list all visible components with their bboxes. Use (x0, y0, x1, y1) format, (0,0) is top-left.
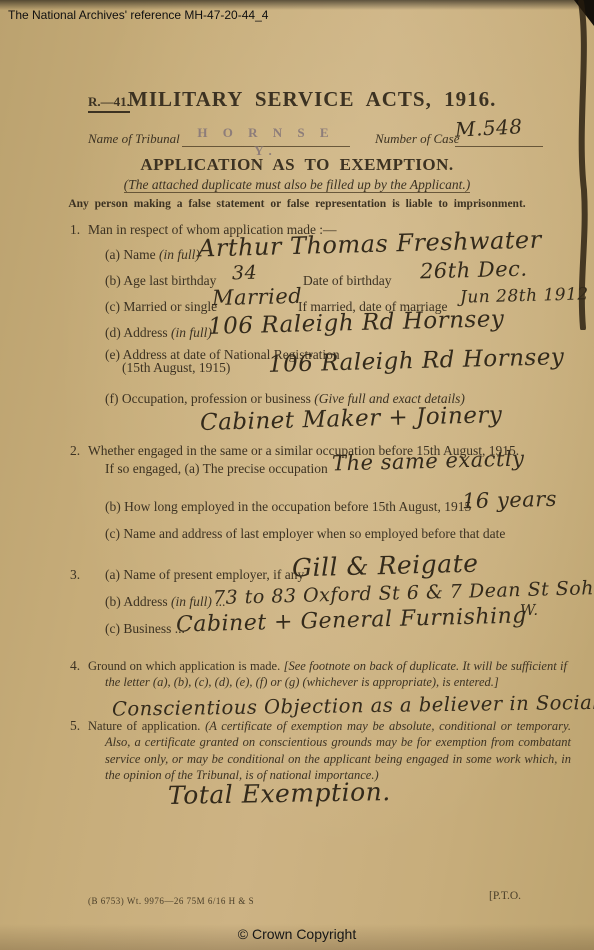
field-last-employer-label: (c) Name and address of last employer wh… (105, 526, 505, 542)
field-precise-occupation-label: If so engaged, (a) The precise occupatio… (105, 461, 328, 477)
crown-copyright: © Crown Copyright (0, 926, 594, 942)
birthday-handwritten: 26th Dec. (420, 257, 528, 284)
field-present-employer-label: (a) Name of present employer, if any (105, 567, 304, 583)
ground-handwritten: Conscientious Objection as a believer in… (112, 690, 594, 720)
scanned-document-page: The National Archives' reference MH-47-2… (0, 0, 594, 950)
section1-number: 1. (70, 222, 80, 238)
pto-mark: [P.T.O. (489, 890, 521, 902)
case-label: Number of Case (375, 131, 460, 147)
occupation-handwritten: Cabinet Maker + Joinery (200, 402, 503, 436)
form-subtitle: APPLICATION AS TO EXEMPTION. (0, 155, 594, 175)
page-title: MILITARY SERVICE ACTS, 1916. (128, 87, 496, 112)
field-occupation-label: (f) Occupation, profession or business (105, 391, 314, 406)
field-employer-address-label-italic: (in full) (171, 594, 212, 609)
field-age-label: (b) Age last birthday (105, 273, 216, 289)
duplicate-note: (The attached duplicate must also be fil… (124, 177, 471, 193)
tribunal-label: Name of Tribunal (88, 131, 180, 147)
section5-number: 5. (70, 718, 80, 734)
field-name-label-italic: (in full) (159, 247, 200, 262)
registration-address-handwritten: 106 Raleigh Rd Hornsey (268, 344, 565, 378)
ground-label: Ground on which application is made. (88, 659, 284, 673)
field-business-label: (c) Business ... (105, 621, 185, 637)
field-married-label: (c) Married or single (105, 299, 217, 315)
employment-length-handwritten: 16 years (462, 487, 558, 513)
printers-mark: (B 6753) Wt. 9976—26 75M 6/16 H & S (88, 896, 254, 906)
field-registration-address-label2: (15th August, 1915) (122, 360, 230, 376)
false-statement-warning: Any person making a false statement or f… (0, 198, 594, 210)
field-address-label-italic: (in full) (171, 325, 212, 340)
case-number-handwritten: M.548 (454, 114, 523, 142)
field-birthday-label: Date of birthday (303, 273, 391, 289)
tribunal-stamp: H O R N S E Y. (197, 125, 334, 158)
nature-handwritten: Total Exemption. (168, 777, 391, 810)
present-employer-handwritten: Gill & Reigate (292, 549, 479, 583)
address-handwritten: 106 Raleigh Rd Hornsey (208, 306, 505, 340)
married-handwritten: Married (212, 284, 303, 310)
nature-label: Nature of application. (88, 719, 205, 733)
section4-number: 4. (70, 658, 80, 674)
field-name-label: (a) Name (105, 247, 159, 262)
field-address-label: (d) Address (105, 325, 171, 340)
business-handwritten: Cabinet + General Furnishing (176, 603, 527, 637)
marriage-date-handwritten: Jun 28th 1912 (460, 284, 589, 307)
field-employment-length-label: (b) How long employed in the occupation … (105, 499, 471, 515)
section3-number: 3. (70, 567, 80, 583)
archive-reference-banner: The National Archives' reference MH-47-2… (8, 8, 268, 22)
section2-number: 2. (70, 443, 80, 459)
form-number: R.—41. (88, 94, 130, 113)
field-employer-address-label: (b) Address (105, 594, 171, 609)
age-handwritten: 34 (232, 262, 258, 285)
precise-occupation-handwritten: The same exactly (332, 446, 525, 475)
paper-sheet: The National Archives' reference MH-47-2… (0, 0, 594, 950)
